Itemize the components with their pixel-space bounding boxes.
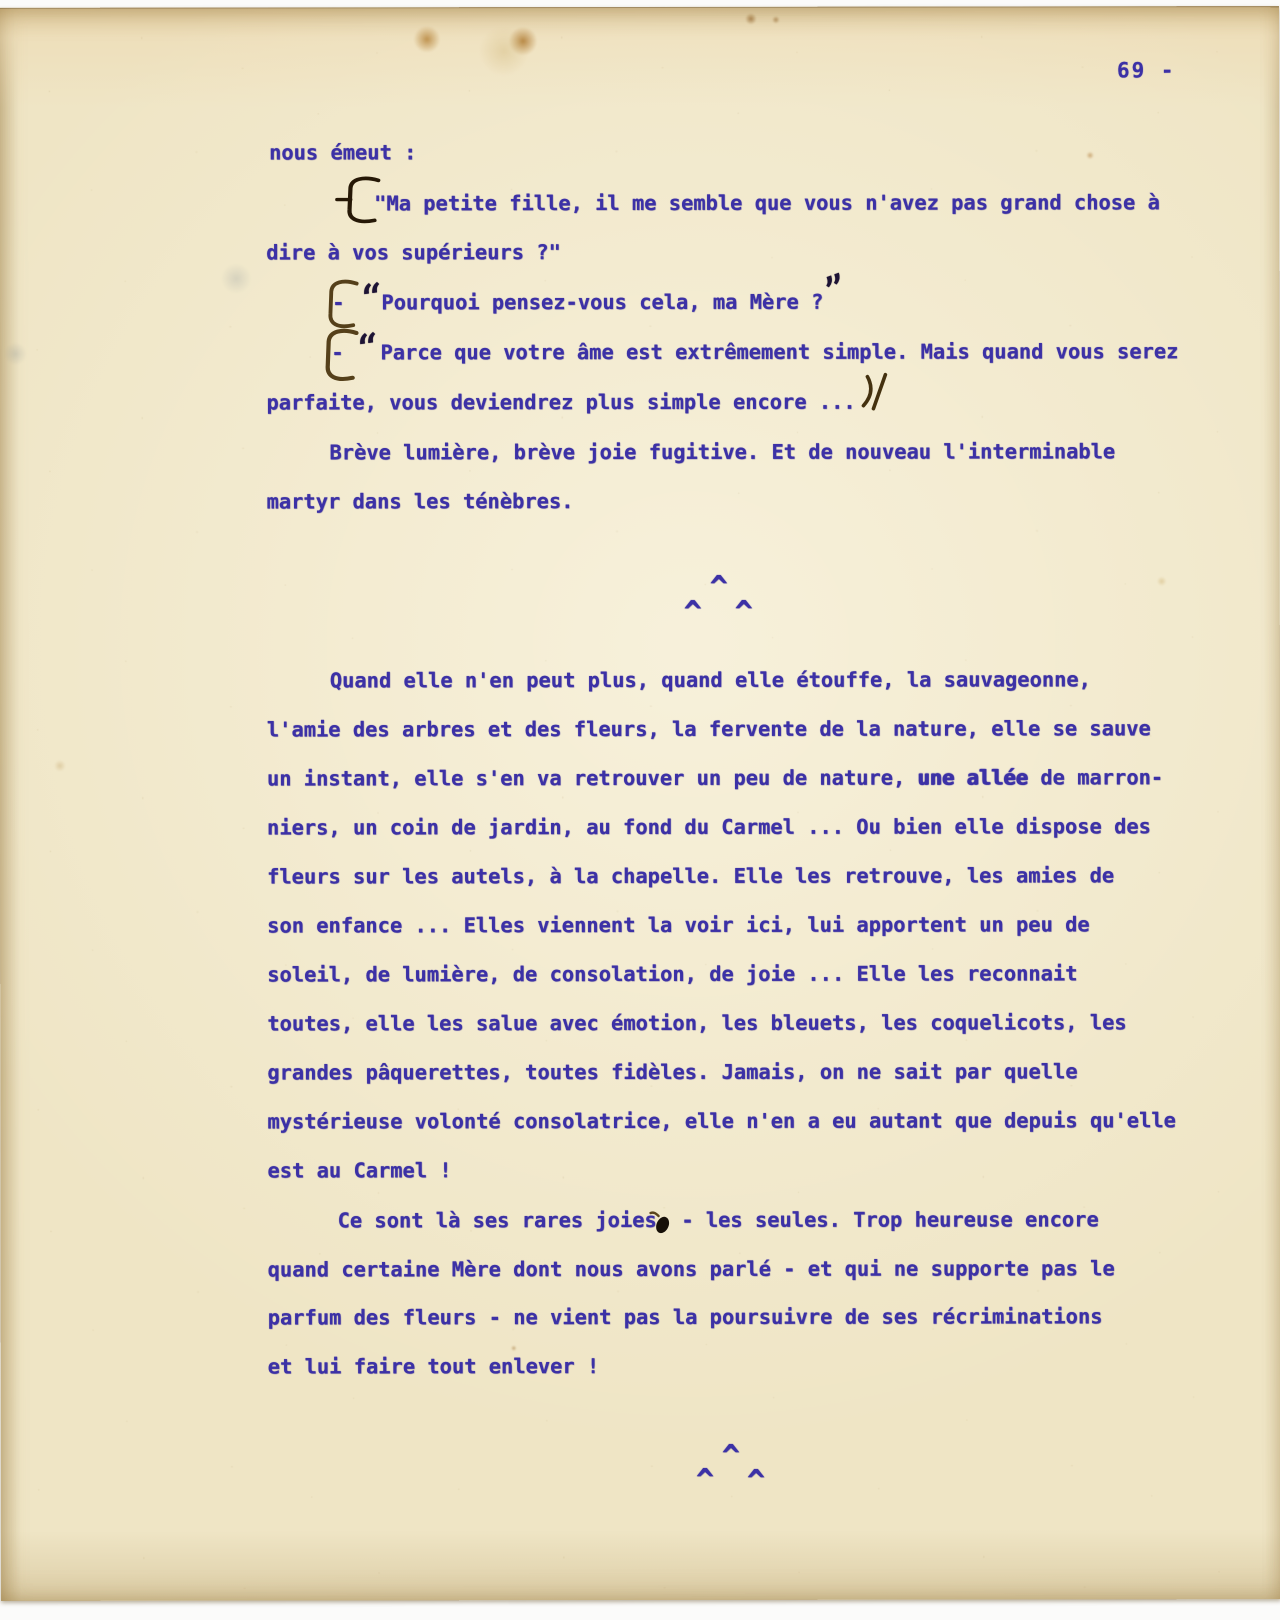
foxing-stain <box>745 13 757 25</box>
annotation-layer: “”“ <box>0 6 1279 8</box>
foxing-layer <box>0 6 1279 8</box>
ink-blot <box>650 1210 674 1236</box>
section-divider: ^^^ <box>0 6 1279 8</box>
caret-mark: ^ <box>696 1471 714 1491</box>
typed-line: parfaite, vous deviendrez plus simple en… <box>266 390 855 415</box>
typed-line: l'amie des arbres et des fleurs, la ferv… <box>267 716 1151 741</box>
foxing-stain <box>220 263 252 295</box>
scanned-manuscript: { "document": { "kind": "typewritten man… <box>0 0 1280 1620</box>
typed-line: "Ma petite fille, il me semble que vous … <box>374 190 1160 215</box>
handwritten-bracket-annotation <box>335 175 381 225</box>
handwritten-quote-mark: ” <box>821 268 853 309</box>
foxing-stain <box>3 342 27 366</box>
typed-line: fleurs sur les autels, à la chapelle. El… <box>267 863 1114 888</box>
typed-line: martyr dans les ténèbres. <box>267 489 574 513</box>
typed-line: parfum des fleurs - ne vient pas la pour… <box>268 1304 1103 1329</box>
caret-mark: ^ <box>710 578 728 598</box>
handwritten-bracket-annotation <box>317 278 359 330</box>
foxing-stain <box>511 1345 517 1351</box>
typed-line: Brève lumière, brève joie fugitive. Et d… <box>329 439 1115 464</box>
divider-layer: ^^^^^^ <box>0 6 1279 8</box>
manuscript-page: 69 - nous émeut :"Ma petite fille, il me… <box>0 6 1280 1601</box>
typed-line: est au Carmel ! <box>267 1158 451 1182</box>
handwritten-bracket-annotation <box>313 327 359 383</box>
typed-line: son enfance ... Elles viennent la voir i… <box>267 912 1090 937</box>
caret-mark: ^ <box>735 603 753 623</box>
handwritten-closing-flourish <box>857 373 891 411</box>
typed-line: et lui faire tout enlever ! <box>268 1354 600 1378</box>
caret-mark: ^ <box>684 603 702 623</box>
typed-line: Ce sont là ses rares joies - les seules.… <box>338 1207 1099 1232</box>
typed-line: - Pourquoi pensez-vous cela, ma Mère ? <box>332 290 823 315</box>
foxing-stain <box>508 26 538 56</box>
typed-line: - Parce que votre âme est extrêmement si… <box>331 339 1178 364</box>
foxing-stain <box>772 16 780 24</box>
typed-text: de marron- <box>1028 765 1163 789</box>
typed-line: toutes, elle les salue avec émotion, les… <box>267 1010 1126 1035</box>
foxing-stain <box>413 25 441 53</box>
typed-text-layer: nous émeut :"Ma petite fille, il me semb… <box>0 6 1279 8</box>
handwritten-quote-mark: “ <box>360 278 386 317</box>
handwritten-quote-mark: “ <box>356 328 382 367</box>
page-number: 69 - <box>1117 58 1176 82</box>
foxing-stain <box>1086 151 1094 159</box>
typed-line: grandes pâquerettes, toutes fidèles. Jam… <box>267 1059 1077 1084</box>
section-divider: ^^^ <box>0 6 1279 8</box>
foxing-stain <box>478 25 530 77</box>
typed-line: nous émeut : <box>269 140 416 164</box>
double-struck-text: une allée <box>918 765 1029 789</box>
foxing-stain <box>54 760 66 772</box>
typed-line: dire à vos supérieurs ?" <box>266 240 561 264</box>
typed-line: Quand elle n'en peut plus, quand elle ét… <box>330 667 1091 692</box>
typed-line: quand certaine Mère dont nous avons parl… <box>268 1256 1115 1281</box>
typed-line: mystérieuse volonté consolatrice, elle n… <box>267 1108 1175 1133</box>
foxing-stain <box>1157 576 1167 586</box>
typed-line: soleil, de lumière, de consolation, de j… <box>267 961 1077 986</box>
typed-line: niers, un coin de jardin, au fond du Car… <box>267 814 1151 839</box>
caret-mark: ^ <box>722 1447 740 1467</box>
typed-text: un instant, elle s'en va retrouver un pe… <box>267 766 918 791</box>
caret-mark: ^ <box>747 1472 765 1492</box>
typed-line: un instant, elle s'en va retrouver un pe… <box>267 765 1163 790</box>
